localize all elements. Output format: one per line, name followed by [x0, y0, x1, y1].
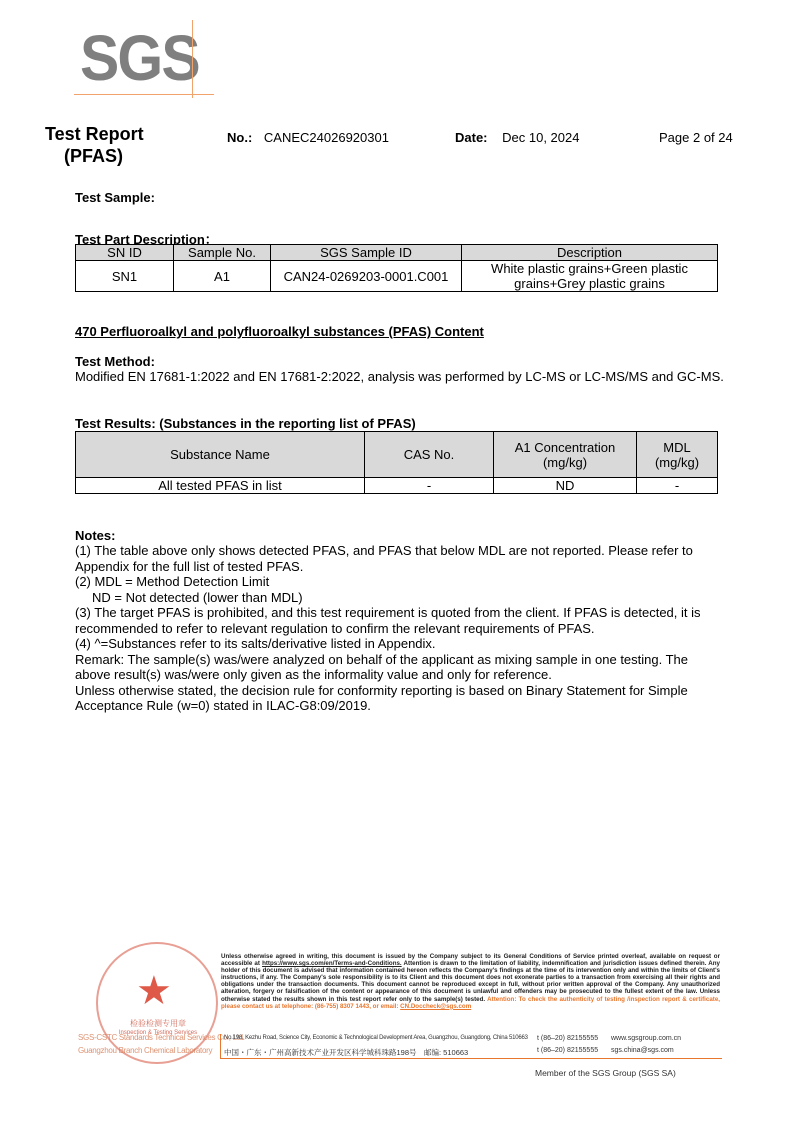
logo-horizontal-line [74, 94, 214, 95]
website-link[interactable]: www.sgsgroup.com.cn [611, 1035, 681, 1042]
cell-substance-name: All tested PFAS in list [76, 478, 365, 494]
remark: Remark: The sample(s) was/were analyzed … [75, 652, 725, 683]
cell-mdl: - [637, 478, 718, 494]
col-header: Sample No. [174, 245, 271, 261]
note-2: (2) MDL = Method Detection Limit [75, 574, 725, 590]
notes-label: Notes: [75, 528, 115, 543]
cell-sgs-sample-id: CAN24-0269203-0001.C001 [271, 261, 462, 292]
report-title: Test Report [45, 124, 144, 145]
note-4: (4) ^=Substances refer to its salts/deri… [75, 636, 725, 652]
notes-body: (1) The table above only shows detected … [75, 543, 725, 714]
table-row: All tested PFAS in list - ND - [76, 478, 718, 494]
sgs-logo: SGS [74, 20, 214, 100]
telephone-2: t (86–20) 82155555 [537, 1047, 598, 1054]
report-subtitle: (PFAS) [64, 146, 123, 167]
logo-vertical-line [192, 20, 193, 98]
col-header: Description [462, 245, 718, 261]
address-divider [220, 1034, 221, 1058]
report-number-label: No.: [227, 130, 252, 145]
report-date: Date: Dec 10, 2024 [455, 130, 579, 145]
cell-concentration: ND [494, 478, 637, 494]
seal-cn-text: 检验检测专用章 [118, 1018, 198, 1029]
decision-rule: Unless otherwise stated, the decision ru… [75, 683, 725, 714]
lab-name-line2: Guangzhou Branch Chemical Laboratory [78, 1046, 212, 1055]
logo-text: SGS [80, 26, 199, 90]
footer-rule [220, 1058, 722, 1059]
table-row: SN1 A1 CAN24-0269203-0001.C001 White pla… [76, 261, 718, 292]
address-en: No.198, Kezhu Road, Science City, Econom… [224, 1035, 528, 1041]
note-3: (3) The target PFAS is prohibited, and t… [75, 605, 725, 636]
legal-disclaimer: Unless otherwise agreed in writing, this… [221, 953, 720, 1010]
report-number-value: CANEC24026920301 [264, 130, 389, 145]
col-header: A1 Concentration (mg/kg) [494, 432, 637, 478]
cell-sample-no: A1 [174, 261, 271, 292]
report-date-label: Date: [455, 130, 488, 145]
test-sample-label: Test Sample: [75, 190, 155, 205]
member-statement: Member of the SGS Group (SGS SA) [535, 1068, 676, 1078]
note-2b: ND = Not detected (lower than MDL) [75, 590, 725, 606]
doccheck-email-link[interactable]: CN.Doccheck@sgs.com [400, 1003, 471, 1010]
test-results-table: Substance Name CAS No. A1 Concentration … [75, 431, 718, 494]
report-number: No.: CANEC24026920301 [227, 130, 389, 145]
col-header: CAS No. [365, 432, 494, 478]
note-1: (1) The table above only shows detected … [75, 543, 725, 574]
col-header: MDL (mg/kg) [637, 432, 718, 478]
email-link[interactable]: sgs.china@sgs.com [611, 1047, 674, 1054]
cell-sn-id: SN1 [76, 261, 174, 292]
telephone-1: t (86–20) 82155555 [537, 1035, 598, 1042]
section-title: 470 Perfluoroalkyl and polyfluoroalkyl s… [75, 324, 484, 339]
test-method-label: Test Method: [75, 354, 155, 369]
page-number: Page 2 of 24 [659, 130, 733, 145]
part-description-table: SN ID Sample No. SGS Sample ID Descripti… [75, 244, 718, 292]
address-cn: 中国・广东・广州高新技术产业开发区科学城科珠路198号 邮编: 510663 [224, 1047, 468, 1058]
col-header: SGS Sample ID [271, 245, 462, 261]
test-results-label: Test Results: (Substances in the reporti… [75, 416, 416, 431]
cell-cas-no: - [365, 478, 494, 494]
test-method-text: Modified EN 17681-1:2022 and EN 17681-2:… [75, 369, 725, 385]
col-header: SN ID [76, 245, 174, 261]
star-icon: ★ [136, 968, 172, 1014]
col-header: Substance Name [76, 432, 365, 478]
report-date-value: Dec 10, 2024 [502, 130, 579, 145]
cell-description: White plastic grains+Green plastic grain… [462, 261, 718, 292]
terms-link[interactable]: https://www.sgs.com/en/Terms-and-Conditi… [262, 960, 402, 967]
